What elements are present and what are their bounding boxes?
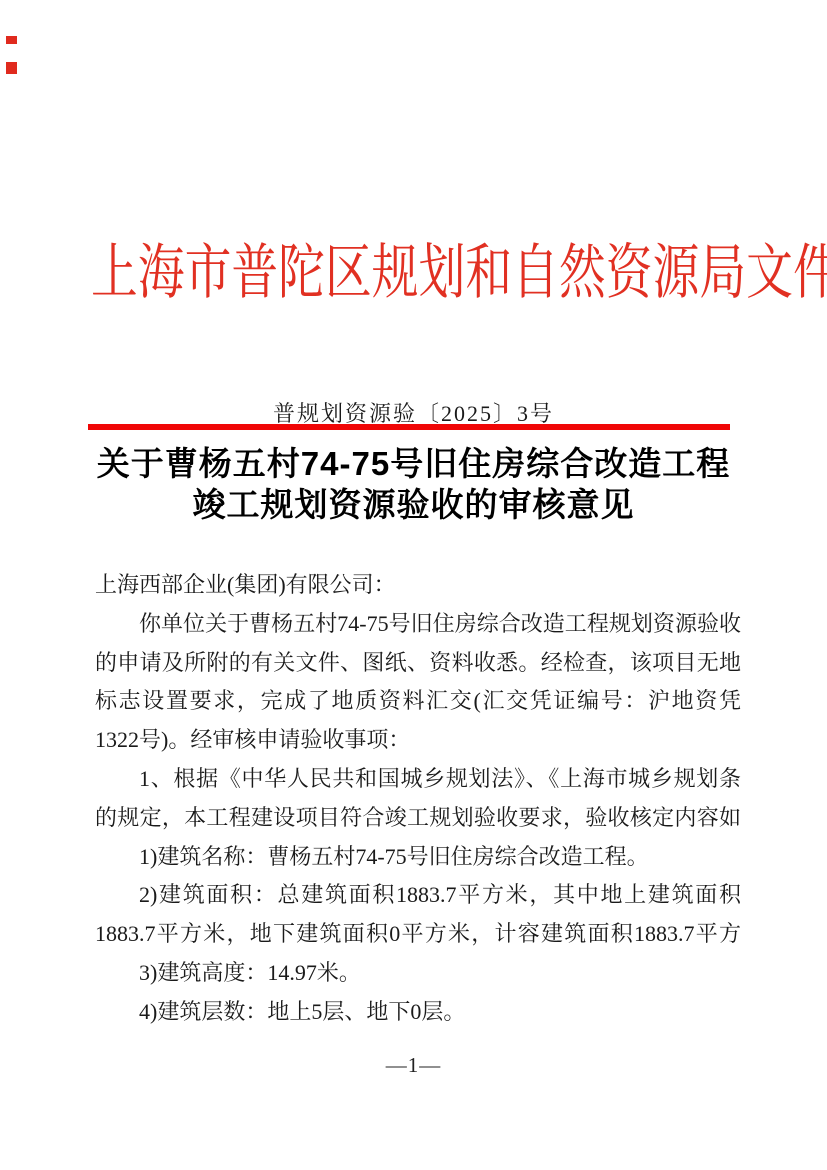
agency-header: 上海市普陀区规划和自然资源局文件 — [91, 240, 736, 306]
registration-mark-bottom — [6, 62, 17, 74]
document-title-line-1: 关于曹杨五村74-75号旧住房综合改造工程 — [0, 443, 827, 484]
recipient-line: 上海西部企业(集团)有限公司： — [95, 566, 741, 605]
registration-mark-top — [6, 36, 17, 44]
body-line: 的申请及所附的有关文件、图纸、资料收悉。经检查，该项目无地名 — [95, 644, 741, 683]
body-line: 4)建筑层数：地上5层、地下0层。 — [95, 993, 741, 1032]
body-line: 你单位关于曹杨五村74-75号旧住房综合改造工程规划资源验收 — [95, 605, 741, 644]
document-title: 关于曹杨五村74-75号旧住房综合改造工程 竣工规划资源验收的审核意见 — [0, 443, 827, 525]
body-line: 3)建筑高度：14.97米。 — [95, 954, 741, 993]
body-line: 1322号)。经审核申请验收事项： — [95, 721, 741, 760]
body-line: 的规定，本工程建设项目符合竣工规划验收要求，验收核定内容如下： — [95, 799, 741, 838]
document-page: 上海市普陀区规划和自然资源局文件 普规划资源验〔2025〕3号 关于曹杨五村74… — [0, 0, 827, 1170]
body-line: 标志设置要求，完成了地质资料汇交(汇交凭证编号：沪地资凭(2025) — [95, 682, 741, 721]
document-title-line-2: 竣工规划资源验收的审核意见 — [0, 484, 827, 525]
document-body: 上海西部企业(集团)有限公司： 你单位关于曹杨五村74-75号旧住房综合改造工程… — [95, 566, 741, 1032]
body-line: 1883.7平方米，地下建筑面积0平方米，计容建筑面积1883.7平方米。 — [95, 915, 741, 954]
body-line: 2)建筑面积：总建筑面积1883.7平方米，其中地上建筑面积 — [95, 876, 741, 915]
page-number: —1— — [0, 1052, 827, 1078]
red-separator-line — [88, 424, 730, 430]
body-line: 1)建筑名称：曹杨五村74-75号旧住房综合改造工程。 — [95, 838, 741, 877]
body-line: 1、根据《中华人民共和国城乡规划法》、《上海市城乡规划条例》 — [95, 760, 741, 799]
